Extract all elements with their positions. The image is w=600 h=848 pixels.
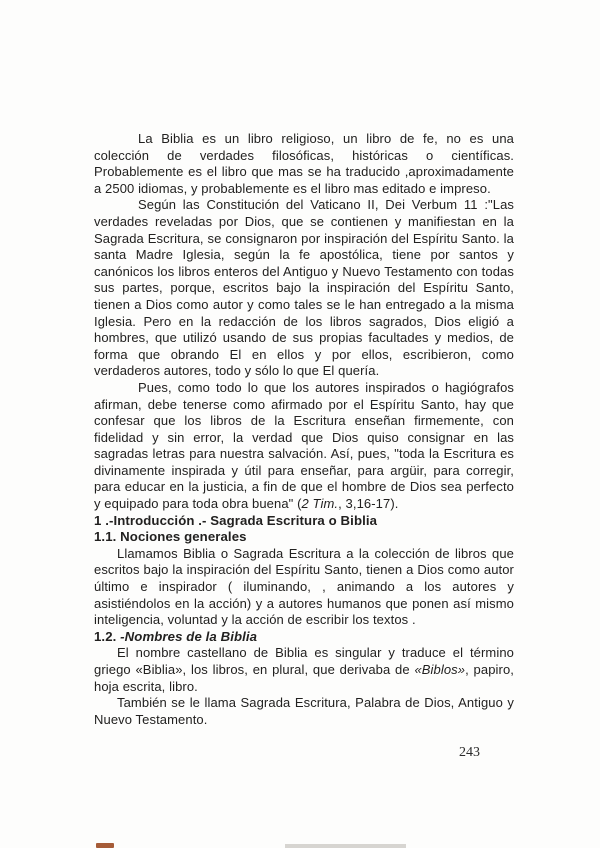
text-block: La Biblia es un libro religioso, un libr…: [94, 131, 514, 728]
paragraph-dei-verbum: Según las Constitución del Vaticano II, …: [94, 197, 514, 380]
scan-artifact-gray: [285, 844, 406, 848]
paragraph-tambien: También se le llama Sagrada Escritura, P…: [94, 695, 514, 728]
paragraph-inspiracion-tail: , 3,16-17).: [338, 496, 398, 511]
paragraph-biblia-intro: La Biblia es un libro religioso, un libr…: [94, 131, 514, 197]
paragraph-nombre-castellano: El nombre castellano de Biblia es singul…: [94, 645, 514, 695]
heading-number: 1.2.: [94, 629, 116, 644]
paragraph-inspiracion: Pues, como todo lo que los autores inspi…: [94, 380, 514, 513]
section-heading-nociones-generales: 1.1. Nociones generales: [94, 529, 514, 546]
section-heading-introduccion: 1 .-Introducción .- Sagrada Escritura o …: [94, 513, 514, 530]
section-heading-nombres-biblia: 1.2. -Nombres de la Biblia: [94, 629, 514, 646]
paragraph-inspiracion-text: Pues, como todo lo que los autores inspi…: [94, 380, 514, 511]
document-page: La Biblia es un libro religioso, un libr…: [0, 0, 600, 848]
citation-2tim: 2 Tim.: [302, 496, 339, 511]
page-number: 243: [94, 745, 480, 761]
heading-title-italic: -Nombres de la Biblia: [120, 629, 257, 644]
paragraph-llamamos-biblia: Llamamos Biblia o Sagrada Escritura a la…: [94, 546, 514, 629]
term-biblos: «Biblos»: [414, 662, 465, 677]
scan-artifact-orange: [96, 843, 114, 848]
